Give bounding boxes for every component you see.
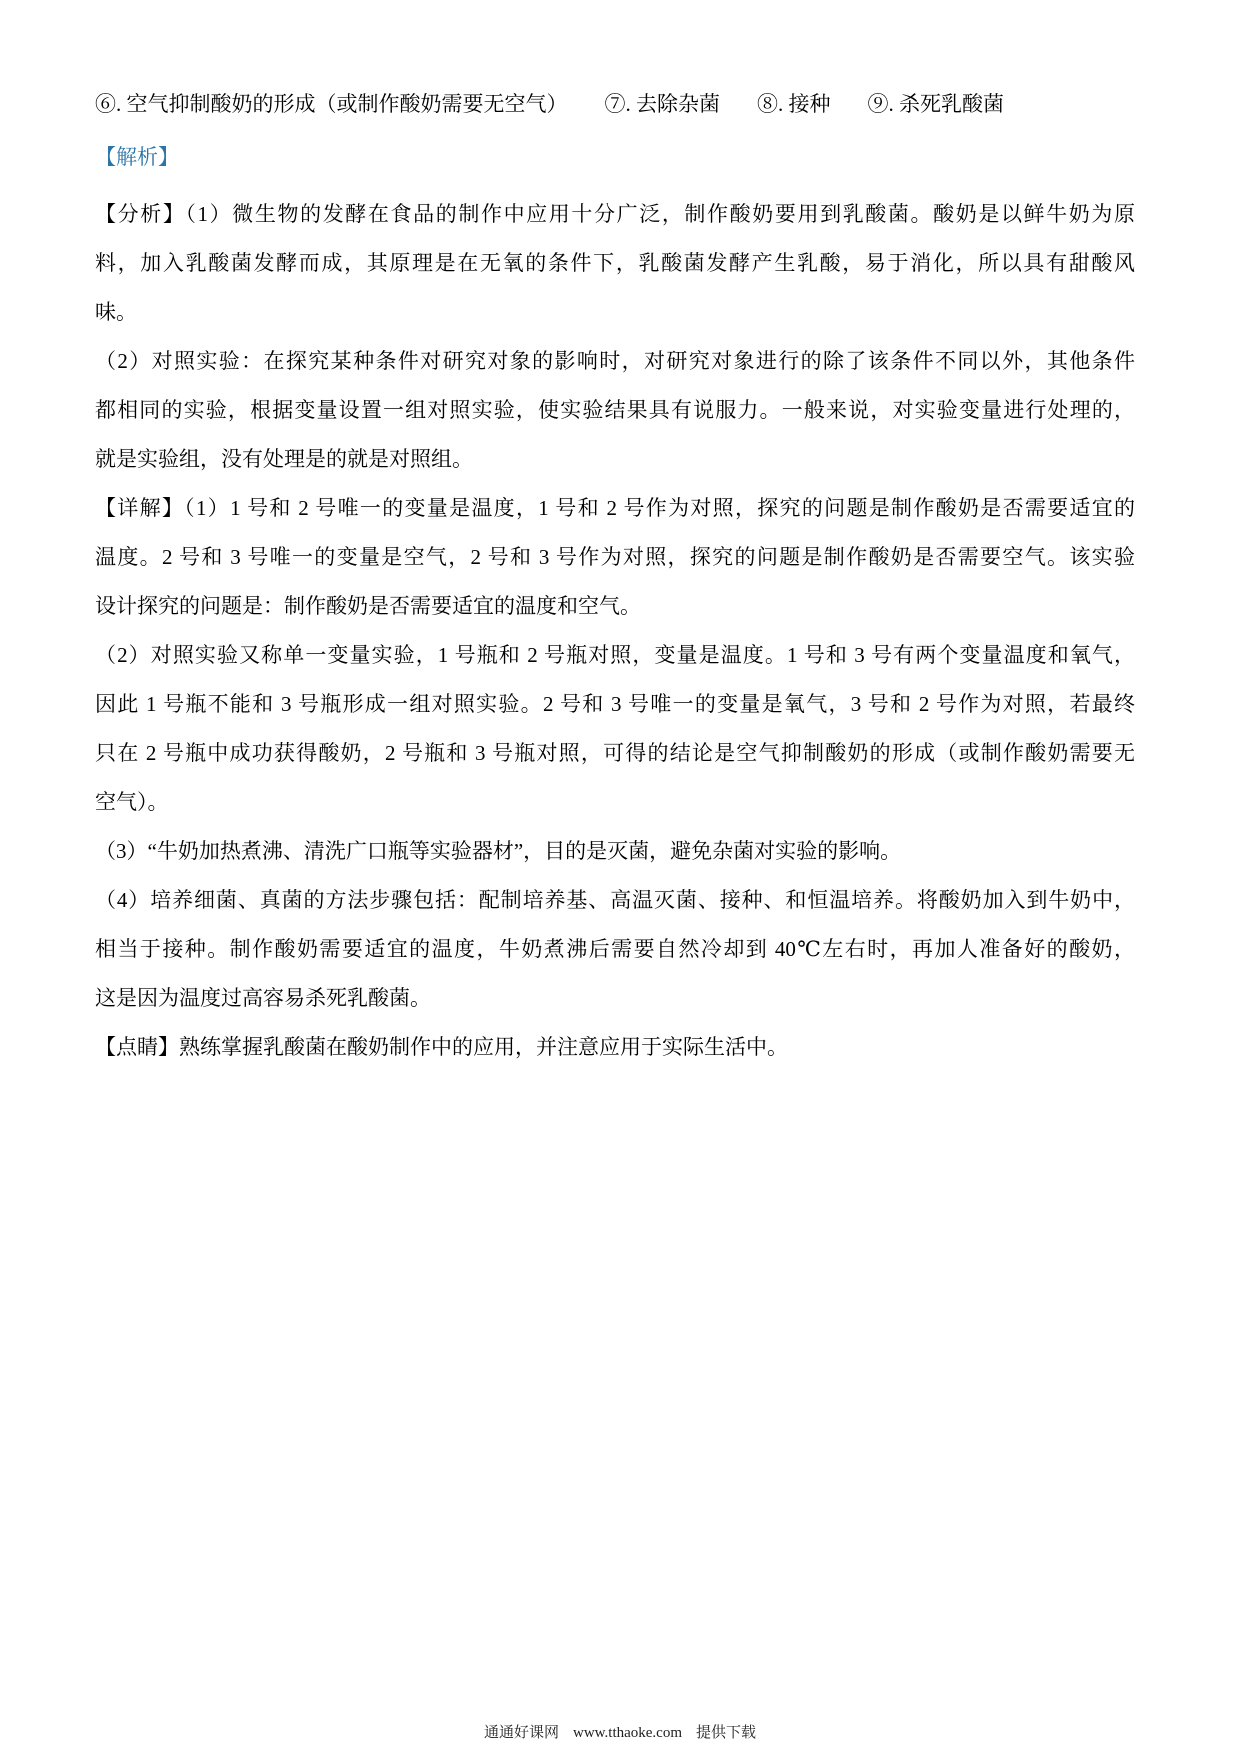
answer-item-7: ⑦. 去除杂菌 [605, 80, 721, 129]
fenxi-paragraph-line-2: 料，加入乳酸菌发酵而成，其原理是在无氧的条件下，乳酸菌发酵产生乳酸，易于消化，所… [95, 239, 1135, 288]
xiangjie-point2-line-2: 因此 1 号瓶不能和 3 号瓶形成一组对照实验。2 号和 3 号唯一的变量是氧气… [95, 680, 1135, 729]
footer-download-note: 提供下载 [696, 1722, 756, 1744]
fenxi-paragraph-line-1: 【分析】（1）微生物的发酵在食品的制作中应用十分广泛，制作酸奶要用到乳酸菌。酸奶… [95, 190, 1135, 239]
xiangjie-point4-line-3: 这是因为温度过高容易杀死乳酸菌。 [95, 974, 1135, 1023]
jiexi-section-heading: 【解析】 [95, 133, 1135, 182]
xiangjie-point2-line-1: （2）对照实验又称单一变量实验，1 号瓶和 2 号瓶对照，变量是温度。1 号和 … [95, 631, 1135, 680]
xiangjie-point1-line-3: 设计探究的问题是：制作酸奶是否需要适宜的温度和空气。 [95, 582, 1135, 631]
fenxi-point2-line-2: 都相同的实验，根据变量设置一组对照实验，使实验结果具有说服力。一般来说，对实验变… [95, 386, 1135, 435]
xiangjie-point2-line-4: 空气）。 [95, 778, 1135, 827]
answer-item-6: ⑥. 空气抑制酸奶的形成（或制作酸奶需要无空气） [95, 80, 568, 129]
xiangjie-point2-line-3: 只在 2 号瓶中成功获得酸奶，2 号瓶和 3 号瓶对照，可得的结论是空气抑制酸奶… [95, 729, 1135, 778]
xiangjie-point4-line-1: （4）培养细菌、真菌的方法步骤包括：配制培养基、高温灭菌、接种、和恒温培养。将酸… [95, 876, 1135, 925]
answer-item-9: ⑨. 杀死乳酸菌 [868, 80, 1005, 129]
fenxi-point2-line-3: 就是实验组，没有处理是的就是对照组。 [95, 435, 1135, 484]
dianjing-line: 【点睛】熟练掌握乳酸菌在酸奶制作中的应用，并注意应用于实际生活中。 [95, 1023, 1135, 1072]
xiangjie-point3-line-1: （3）“牛奶加热煮沸、清洗广口瓶等实验器材”，目的是灭菌，避免杂菌对实验的影响。 [95, 827, 1135, 876]
fenxi-paragraph-line-3: 味。 [95, 288, 1135, 337]
xiangjie-point1-line-2: 温度。2 号和 3 号唯一的变量是空气，2 号和 3 号作为对照，探究的问题是制… [95, 533, 1135, 582]
fenxi-point2-line-1: （2）对照实验：在探究某种条件对研究对象的影响时，对研究对象进行的除了该条件不同… [95, 337, 1135, 386]
answer-item-8: ⑧. 接种 [757, 80, 831, 129]
answers-row: ⑥. 空气抑制酸奶的形成（或制作酸奶需要无空气） ⑦. 去除杂菌 ⑧. 接种 ⑨… [95, 80, 1135, 129]
xiangjie-point1-line-1: 【详解】（1）1 号和 2 号唯一的变量是温度，1 号和 2 号作为对照，探究的… [95, 484, 1135, 533]
xiangjie-point4-line-2: 相当于接种。制作酸奶需要适宜的温度，牛奶煮沸后需要自然冷却到 40℃左右时，再加… [95, 925, 1135, 974]
footer-url: www.tthaoke.com [573, 1722, 682, 1744]
page-footer: 通通好课网 www.tthaoke.com 提供下载 [0, 1722, 1240, 1744]
footer-site-name: 通通好课网 [484, 1722, 559, 1744]
document-body: ⑥. 空气抑制酸奶的形成（或制作酸奶需要无空气） ⑦. 去除杂菌 ⑧. 接种 ⑨… [95, 80, 1135, 1072]
